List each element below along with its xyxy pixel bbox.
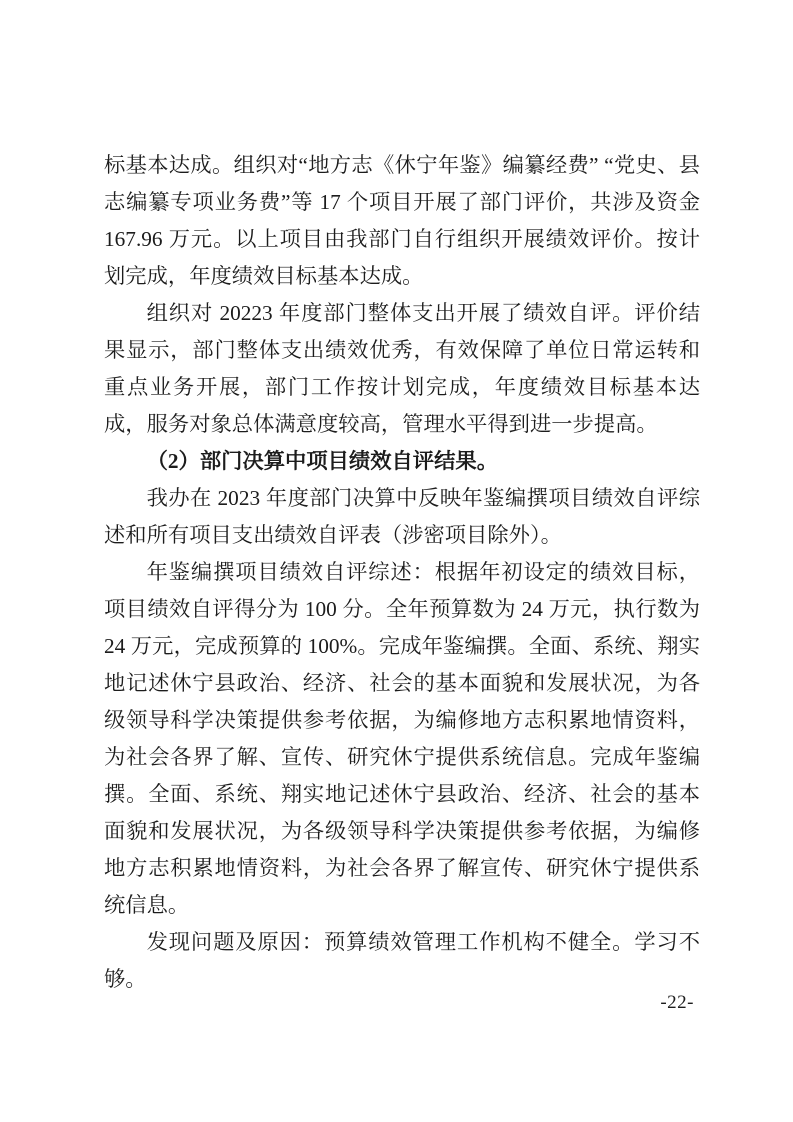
paragraph-problems-and-causes: 发现问题及原因：预算绩效管理工作机构不健全。学习不够。 (104, 924, 700, 998)
paragraph-overall-self-assessment: 组织对 20223 年度部门整体支出开展了绩效自评。评价结果显示，部门整体支出绩… (104, 295, 700, 443)
page-number: -22- (660, 992, 694, 1014)
section-heading-item-2: （2）部门决算中项目绩效自评结果。 (104, 443, 700, 480)
paragraph-continuation: 标基本达成。组织对“地方志《休宁年鉴》编纂经费” “党史、县志编纂专项业务费”等… (104, 147, 700, 295)
paragraph-final-accounts-disclosure: 我办在 2023 年度部门决算中反映年鉴编撰项目绩效自评综述和所有项目支出绩效自… (104, 480, 700, 554)
document-body: 标基本达成。组织对“地方志《休宁年鉴》编纂经费” “党史、县志编纂专项业务费”等… (104, 147, 700, 998)
paragraph-yearbook-project-summary: 年鉴编撰项目绩效自评综述：根据年初设定的绩效目标，项目绩效自评得分为 100 分… (104, 554, 700, 924)
document-page: 标基本达成。组织对“地方志《休宁年鉴》编纂经费” “党史、县志编纂专项业务费”等… (0, 0, 793, 1122)
